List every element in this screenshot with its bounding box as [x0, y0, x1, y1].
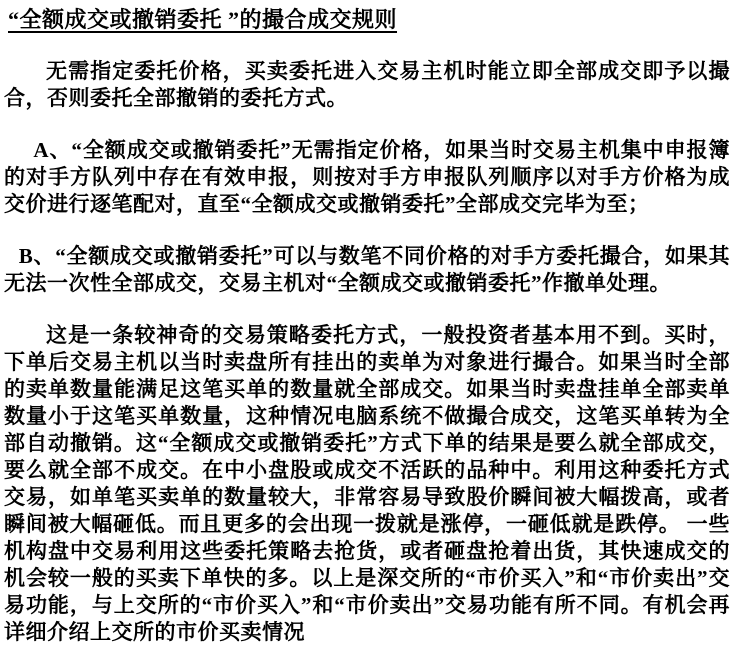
document-page: “全额成交或撤销委托 ”的撮合成交规则 无需指定委托价格，买卖委托进入交易主机时… — [0, 0, 734, 646]
document-title: “全额成交或撤销委托 ”的撮合成交规则 — [8, 6, 730, 33]
paragraph-rule-b: B、“全额成交或撤销委托”可以与数笔不同价格的对手方委托撮合，如果其无法一次性全… — [4, 243, 730, 297]
paragraph-rule-a: A、“全额成交或撤销委托”无需指定价格，如果当时交易主机集中申报簿的对手方队列中… — [4, 137, 730, 218]
paragraph-intro: 无需指定委托价格，买卖委托进入交易主机时能立即全部成交即予以撮合，否则委托全部撤… — [4, 58, 730, 112]
paragraph-commentary: 这是一条较神奇的交易策略委托方式，一般投资者基本用不到。买时，下单后交易主机以当… — [4, 322, 730, 646]
